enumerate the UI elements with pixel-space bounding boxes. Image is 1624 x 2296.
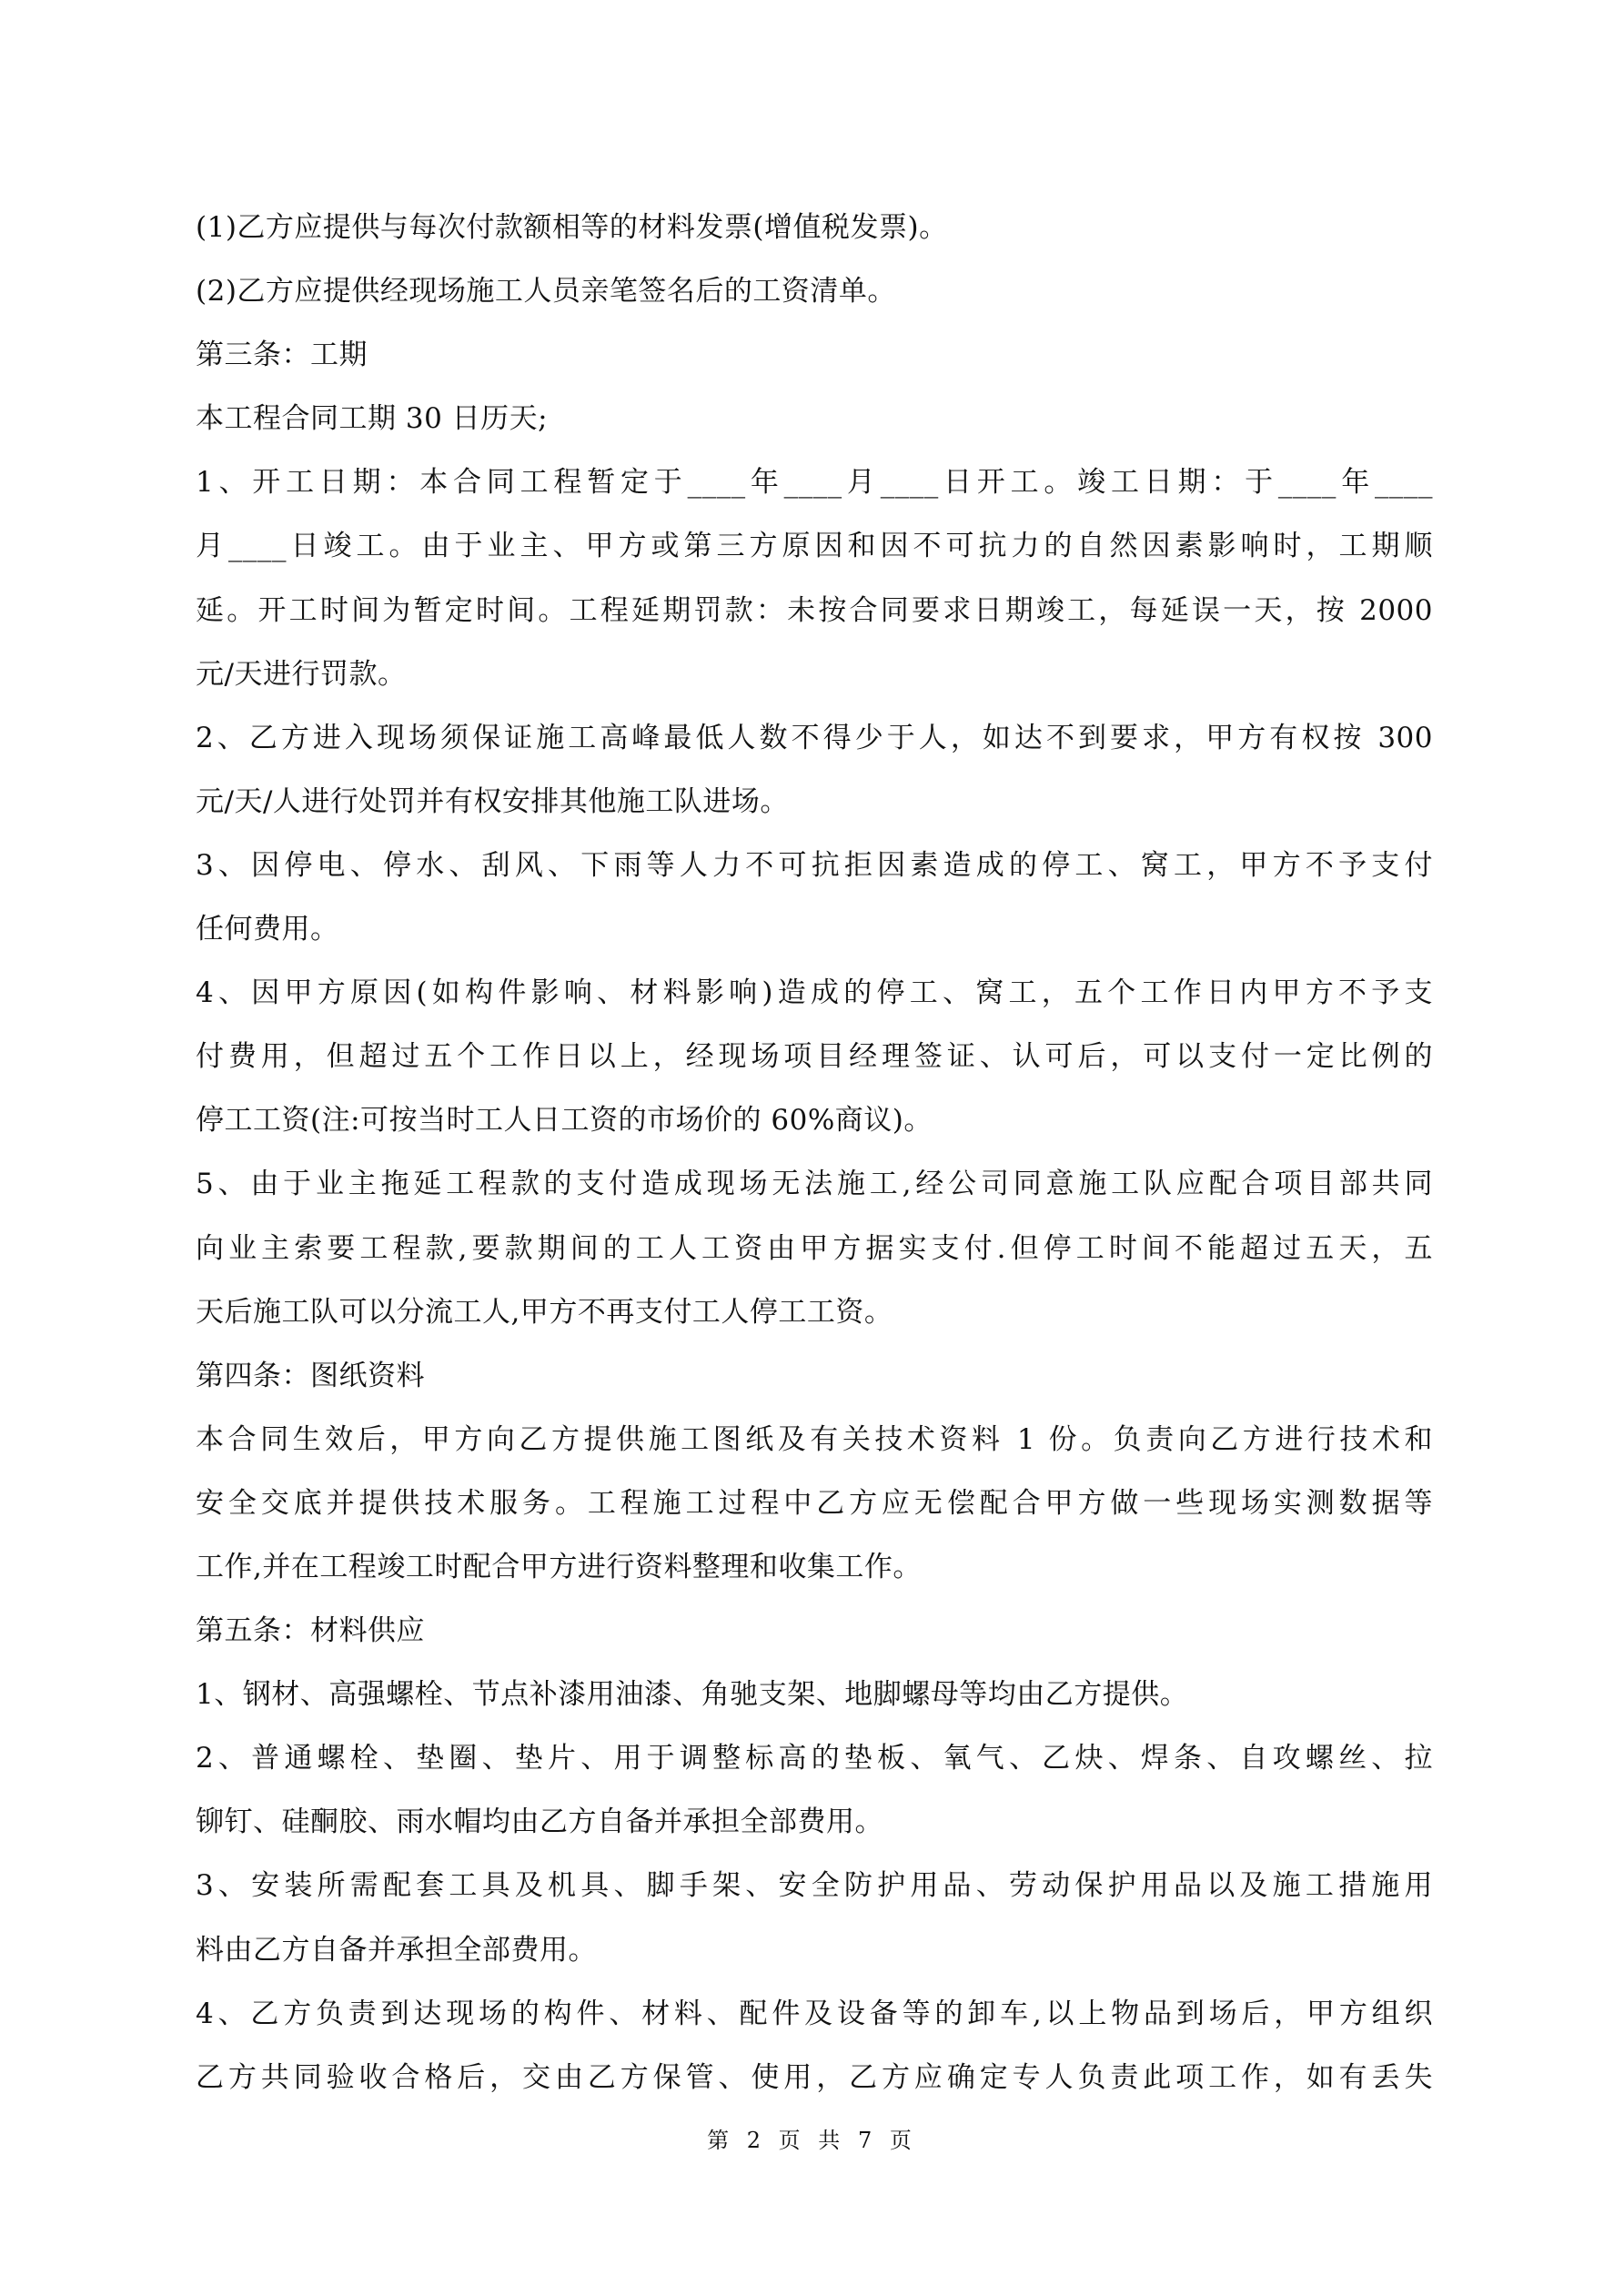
clause-line: 月____日竣工。由于业主、甲方或第三方原因和因不可抗力的自然因素影响时，工期顺: [196, 514, 1433, 578]
page-number-footer: 第 2 页 共 7 页: [0, 2122, 1624, 2154]
clause-line: 3、因停电、停水、刮风、下雨等人力不可抗拒因素造成的停工、窝工，甲方不予支付: [196, 834, 1433, 897]
section-heading-article-5: 第五条：材料供应: [196, 1599, 1433, 1663]
clause-line: 1、开工日期：本合同工程暂定于____年____月____日开工。竣工日期：于_…: [196, 450, 1433, 514]
clause-line: 向业主索要工程款,要款期间的工人工资由甲方据实支付.但停工时间不能超过五天，五: [196, 1217, 1433, 1280]
clause-line: 乙方共同验收合格后，交由乙方保管、使用，乙方应确定专人负责此项工作，如有丢失: [196, 2046, 1433, 2109]
document-page: (1)乙方应提供与每次付款额相等的材料发票(增值税发票)。 (2)乙方应提供经现…: [0, 0, 1624, 2296]
clause-line: 2、普通螺栓、垫圈、垫片、用于调整标高的垫板、氧气、乙炔、焊条、自攻螺丝、拉: [196, 1726, 1433, 1790]
section-heading-article-4: 第四条：图纸资料: [196, 1344, 1433, 1408]
clause-line: 天后施工队可以分流工人,甲方不再支付工人停工工资。: [196, 1280, 1433, 1344]
clause-line: 付费用，但超过五个工作日以上，经现场项目经理签证、认可后，可以支付一定比例的: [196, 1025, 1433, 1088]
clause-line: (2)乙方应提供经现场施工人员亲笔签名后的工资清单。: [196, 259, 1433, 323]
clause-line: 工作,并在工程竣工时配合甲方进行资料整理和收集工作。: [196, 1535, 1433, 1599]
section-heading-article-3: 第三条：工期: [196, 323, 1433, 387]
document-body: (1)乙方应提供与每次付款额相等的材料发票(增值税发票)。 (2)乙方应提供经现…: [196, 196, 1433, 2109]
clause-line: 元/天/人进行处罚并有权安排其他施工队进场。: [196, 770, 1433, 834]
clause-line: 本合同生效后，甲方向乙方提供施工图纸及有关技术资料 1 份。负责向乙方进行技术和: [196, 1408, 1433, 1472]
clause-line: 铆钉、硅酮胶、雨水帽均由乙方自备并承担全部费用。: [196, 1790, 1433, 1854]
clause-line: 安全交底并提供技术服务。工程施工过程中乙方应无偿配合甲方做一些现场实测数据等: [196, 1472, 1433, 1535]
clause-line: 停工工资(注:可按当时工人日工资的市场价的 60%商议)。: [196, 1088, 1433, 1152]
clause-line: 3、安装所需配套工具及机具、脚手架、安全防护用品、劳动保护用品以及施工措施用: [196, 1854, 1433, 1917]
clause-line: 料由乙方自备并承担全部费用。: [196, 1918, 1433, 1982]
clause-line: 4、乙方负责到达现场的构件、材料、配件及设备等的卸车,以上物品到场后，甲方组织: [196, 1982, 1433, 2046]
clause-line: 任何费用。: [196, 897, 1433, 961]
clause-line: (1)乙方应提供与每次付款额相等的材料发票(增值税发票)。: [196, 196, 1433, 259]
clause-line: 元/天进行罚款。: [196, 642, 1433, 706]
clause-line: 1、钢材、高强螺栓、节点补漆用油漆、角驰支架、地脚螺母等均由乙方提供。: [196, 1663, 1433, 1726]
clause-line: 5、由于业主拖延工程款的支付造成现场无法施工,经公司同意施工队应配合项目部共同: [196, 1152, 1433, 1216]
clause-line: 本工程合同工期 30 日历天;: [196, 387, 1433, 450]
clause-line: 4、因甲方原因(如构件影响、材料影响)造成的停工、窝工，五个工作日内甲方不予支: [196, 961, 1433, 1025]
clause-line: 2、乙方进入现场须保证施工高峰最低人数不得少于人，如达不到要求，甲方有权按 30…: [196, 706, 1433, 770]
clause-line: 延。开工时间为暂定时间。工程延期罚款：未按合同要求日期竣工，每延误一天，按 20…: [196, 579, 1433, 642]
